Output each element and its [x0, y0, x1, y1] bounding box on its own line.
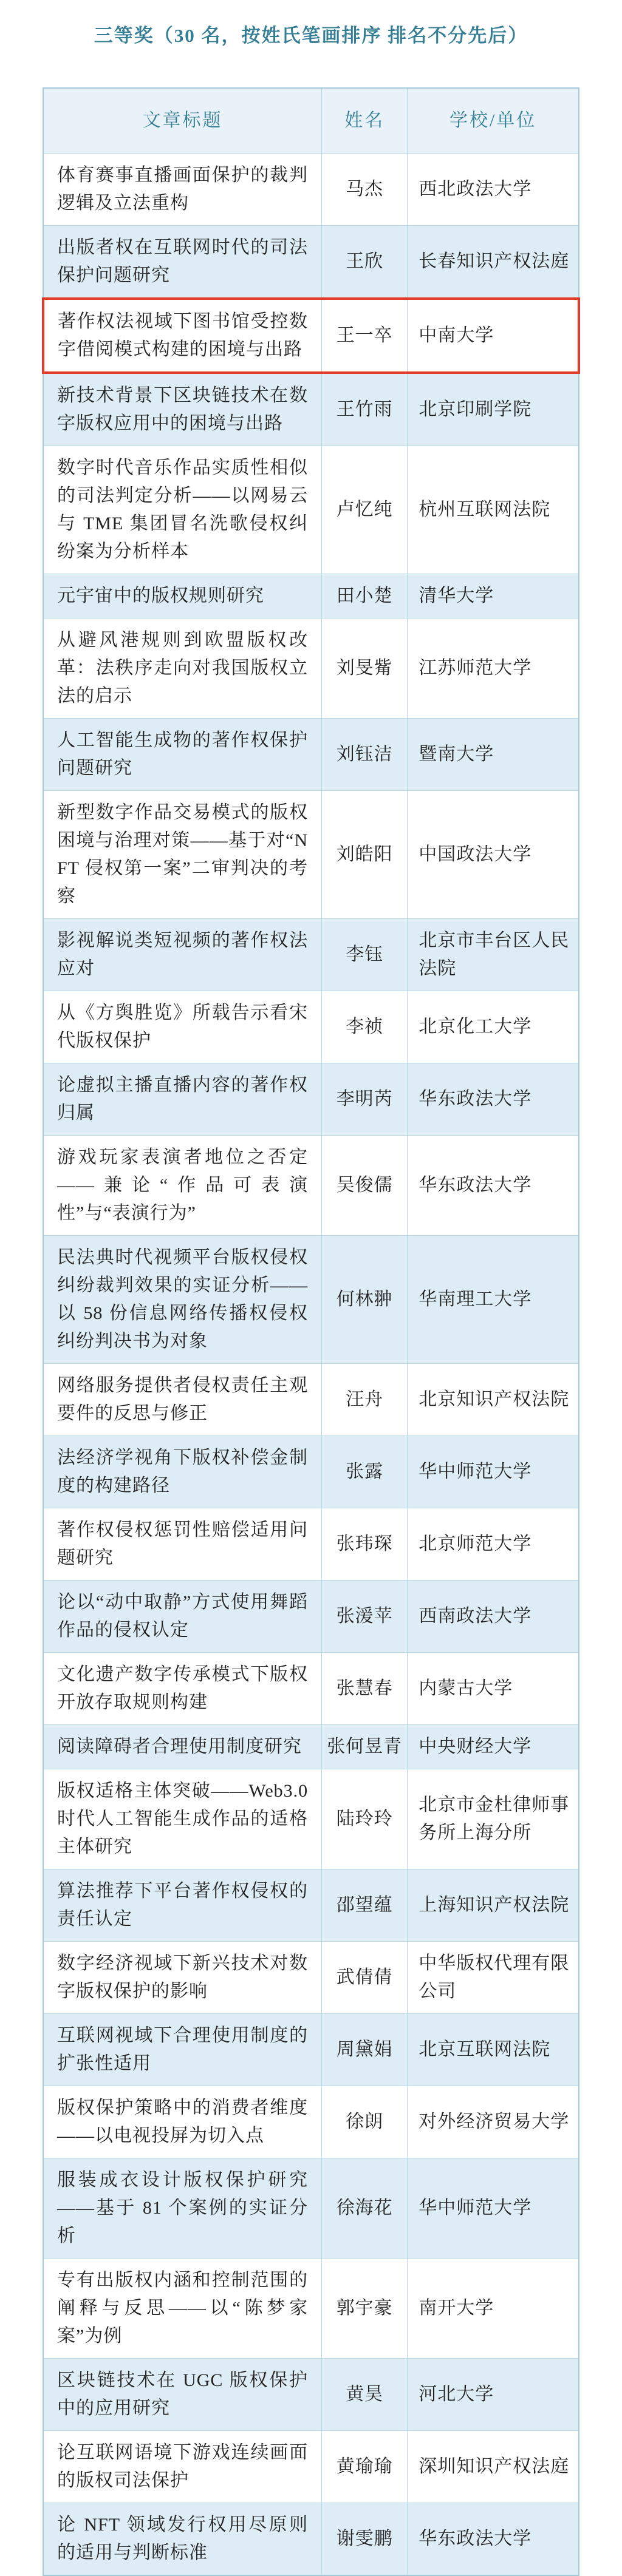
- org-cell: 华中师范大学: [408, 2158, 579, 2259]
- header-row: 文章标题 姓名 学校/单位: [43, 88, 579, 154]
- name-cell: 陆玲玲: [322, 1769, 408, 1869]
- table-row: 元宇宙中的版权规则研究田小楚清华大学: [43, 574, 579, 619]
- page-title: 三等奖（30 名，按姓氏笔画排序 排名不分先后）: [0, 23, 622, 49]
- article-title-cell: 版权适格主体突破——Web3.0 时代人工智能生成作品的适格主体研究: [43, 1769, 322, 1869]
- table-row: 阅读障碍者合理使用制度研究张何昱青中央财经大学: [43, 1725, 579, 1769]
- org-cell: 华中师范大学: [408, 1436, 579, 1508]
- table-row: 游戏玩家表演者地位之否定——兼论“作品可表演性”与“表演行为”吴俊儒华东政法大学: [43, 1136, 579, 1236]
- table-header: 文章标题 姓名 学校/单位: [43, 88, 579, 154]
- name-cell: 汪舟: [322, 1364, 408, 1436]
- table-row-highlighted: 著作权法视域下图书馆受控数字借阅模式构建的困境与出路王一卒中南大学: [43, 299, 579, 373]
- table-row: 新技术背景下区块链技术在数字版权应用中的困境与出路王竹雨北京印刷学院: [43, 373, 579, 446]
- table-row: 数字经济视域下新兴技术对数字版权保护的影响武倩倩中华版权代理有限公司: [43, 1942, 579, 2014]
- article-title-cell: 著作权法视域下图书馆受控数字借阅模式构建的困境与出路: [43, 299, 322, 373]
- awards-table: 文章标题 姓名 学校/单位 体育赛事直播画面保护的裁判逻辑及立法重构马杰西北政法…: [42, 87, 580, 2576]
- name-cell: 黄昊: [322, 2359, 408, 2431]
- org-cell: 北京知识产权法院: [408, 1364, 579, 1436]
- article-title-cell: 论以“动中取静”方式使用舞蹈作品的侵权认定: [43, 1581, 322, 1653]
- name-cell: 何林翀: [322, 1236, 408, 1364]
- page: 三等奖（30 名，按姓氏笔画排序 排名不分先后） 文章标题 姓名 学校/单位 体…: [0, 0, 622, 2576]
- org-cell: 北京印刷学院: [408, 373, 579, 446]
- article-title-cell: 新型数字作品交易模式的版权困境与治理对策——基于对“NFT 侵权第一案”二审判决…: [43, 791, 322, 919]
- table-row: 新型数字作品交易模式的版权困境与治理对策——基于对“NFT 侵权第一案”二审判决…: [43, 791, 579, 919]
- name-cell: 张湲苹: [322, 1581, 408, 1653]
- org-cell: 华东政法大学: [408, 2503, 579, 2576]
- org-cell: 西南政法大学: [408, 1581, 579, 1653]
- name-cell: 张慧春: [322, 1653, 408, 1725]
- name-cell: 刘旻觜: [322, 619, 408, 719]
- article-title-cell: 数字时代音乐作品实质性相似的司法判定分析——以网易云与 TME 集团冒名洗歌侵权…: [43, 446, 322, 574]
- name-cell: 郭宇豪: [322, 2259, 408, 2359]
- org-cell: 南开大学: [408, 2259, 579, 2359]
- table-row: 出版者权在互联网时代的司法保护问题研究王欣长春知识产权法庭: [43, 226, 579, 299]
- article-title-cell: 版权保护策略中的消费者维度——以电视投屏为切入点: [43, 2086, 322, 2158]
- table-row: 从避风港规则到欧盟版权改革：法秩序走向对我国版权立法的启示刘旻觜江苏师范大学: [43, 619, 579, 719]
- name-cell: 李钰: [322, 919, 408, 991]
- org-cell: 中央财经大学: [408, 1725, 579, 1769]
- org-cell: 杭州互联网法院: [408, 446, 579, 574]
- article-title-cell: 论互联网语境下游戏连续画面的版权司法保护: [43, 2431, 322, 2503]
- table-row: 网络服务提供者侵权责任主观要件的反思与修正汪舟北京知识产权法院: [43, 1364, 579, 1436]
- article-title-cell: 法经济学视角下版权补偿金制度的构建路径: [43, 1436, 322, 1508]
- table-row: 服装成衣设计版权保护研究——基于 81 个案例的实证分析徐海花华中师范大学: [43, 2158, 579, 2259]
- table-row: 互联网视域下合理使用制度的扩张性适用周黛娟北京互联网法院: [43, 2014, 579, 2086]
- article-title-cell: 人工智能生成物的著作权保护问题研究: [43, 719, 322, 791]
- name-cell: 谢雯鹏: [322, 2503, 408, 2576]
- col-header-article-title: 文章标题: [43, 88, 322, 154]
- col-header-name: 姓名: [322, 88, 408, 154]
- table-row: 民法典时代视频平台版权侵权纠纷裁判效果的实证分析——以 58 份信息网络传播权侵…: [43, 1236, 579, 1364]
- name-cell: 徐朗: [322, 2086, 408, 2158]
- table-row: 版权保护策略中的消费者维度——以电视投屏为切入点徐朗对外经济贸易大学: [43, 2086, 579, 2158]
- org-cell: 长春知识产权法庭: [408, 226, 579, 299]
- table-row: 论互联网语境下游戏连续画面的版权司法保护黄瑜瑜深圳知识产权法庭: [43, 2431, 579, 2503]
- org-cell: 中国政法大学: [408, 791, 579, 919]
- table-row: 人工智能生成物的著作权保护问题研究刘钰洁暨南大学: [43, 719, 579, 791]
- org-cell: 北京市金杜律师事务所上海分所: [408, 1769, 579, 1869]
- article-title-cell: 从《方舆胜览》所载告示看宋代版权保护: [43, 991, 322, 1063]
- table-row: 体育赛事直播画面保护的裁判逻辑及立法重构马杰西北政法大学: [43, 154, 579, 226]
- table-body: 体育赛事直播画面保护的裁判逻辑及立法重构马杰西北政法大学出版者权在互联网时代的司…: [43, 154, 579, 2576]
- table-row: 区块链技术在 UGC 版权保护中的应用研究黄昊河北大学: [43, 2359, 579, 2431]
- org-cell: 中南大学: [408, 299, 579, 373]
- org-cell: 中华版权代理有限公司: [408, 1942, 579, 2014]
- article-title-cell: 论虚拟主播直播内容的著作权归属: [43, 1063, 322, 1136]
- org-cell: 清华大学: [408, 574, 579, 619]
- article-title-cell: 区块链技术在 UGC 版权保护中的应用研究: [43, 2359, 322, 2431]
- article-title-cell: 游戏玩家表演者地位之否定——兼论“作品可表演性”与“表演行为”: [43, 1136, 322, 1236]
- org-cell: 华东政法大学: [408, 1063, 579, 1136]
- org-cell: 北京互联网法院: [408, 2014, 579, 2086]
- org-cell: 上海知识产权法院: [408, 1869, 579, 1942]
- article-title-cell: 出版者权在互联网时代的司法保护问题研究: [43, 226, 322, 299]
- name-cell: 张玮琛: [322, 1508, 408, 1581]
- article-title-cell: 专有出版权内涵和控制范围的阐释与反思——以“陈梦家案”为例: [43, 2259, 322, 2359]
- org-cell: 华东政法大学: [408, 1136, 579, 1236]
- article-title-cell: 民法典时代视频平台版权侵权纠纷裁判效果的实证分析——以 58 份信息网络传播权侵…: [43, 1236, 322, 1364]
- article-title-cell: 影视解说类短视频的著作权法应对: [43, 919, 322, 991]
- org-cell: 河北大学: [408, 2359, 579, 2431]
- name-cell: 武倩倩: [322, 1942, 408, 2014]
- name-cell: 张露: [322, 1436, 408, 1508]
- org-cell: 对外经济贸易大学: [408, 2086, 579, 2158]
- col-header-org: 学校/单位: [408, 88, 579, 154]
- article-title-cell: 阅读障碍者合理使用制度研究: [43, 1725, 322, 1769]
- name-cell: 邵望蕴: [322, 1869, 408, 1942]
- table-row: 论以“动中取静”方式使用舞蹈作品的侵权认定张湲苹西南政法大学: [43, 1581, 579, 1653]
- table-row: 著作权侵权惩罚性赔偿适用问题研究张玮琛北京师范大学: [43, 1508, 579, 1581]
- table-row: 文化遗产数字传承模式下版权开放存取规则构建张慧春内蒙古大学: [43, 1653, 579, 1725]
- article-title-cell: 体育赛事直播画面保护的裁判逻辑及立法重构: [43, 154, 322, 226]
- name-cell: 王欣: [322, 226, 408, 299]
- org-cell: 深圳知识产权法庭: [408, 2431, 579, 2503]
- table-row: 论虚拟主播直播内容的著作权归属李明芮华东政法大学: [43, 1063, 579, 1136]
- table-row: 专有出版权内涵和控制范围的阐释与反思——以“陈梦家案”为例郭宇豪南开大学: [43, 2259, 579, 2359]
- table-row: 影视解说类短视频的著作权法应对李钰北京市丰台区人民法院: [43, 919, 579, 991]
- article-title-cell: 数字经济视域下新兴技术对数字版权保护的影响: [43, 1942, 322, 2014]
- article-title-cell: 文化遗产数字传承模式下版权开放存取规则构建: [43, 1653, 322, 1725]
- name-cell: 周黛娟: [322, 2014, 408, 2086]
- name-cell: 徐海花: [322, 2158, 408, 2259]
- org-cell: 北京市丰台区人民法院: [408, 919, 579, 991]
- article-title-cell: 算法推荐下平台著作权侵权的责任认定: [43, 1869, 322, 1942]
- table-row: 版权适格主体突破——Web3.0 时代人工智能生成作品的适格主体研究陆玲玲北京市…: [43, 1769, 579, 1869]
- org-cell: 华南理工大学: [408, 1236, 579, 1364]
- org-cell: 北京化工大学: [408, 991, 579, 1063]
- name-cell: 李明芮: [322, 1063, 408, 1136]
- name-cell: 卢忆纯: [322, 446, 408, 574]
- article-title-cell: 互联网视域下合理使用制度的扩张性适用: [43, 2014, 322, 2086]
- name-cell: 吴俊儒: [322, 1136, 408, 1236]
- table-row: 法经济学视角下版权补偿金制度的构建路径张露华中师范大学: [43, 1436, 579, 1508]
- name-cell: 张何昱青: [322, 1725, 408, 1769]
- article-title-cell: 服装成衣设计版权保护研究——基于 81 个案例的实证分析: [43, 2158, 322, 2259]
- article-title-cell: 网络服务提供者侵权责任主观要件的反思与修正: [43, 1364, 322, 1436]
- article-title-cell: 元宇宙中的版权规则研究: [43, 574, 322, 619]
- article-title-cell: 新技术背景下区块链技术在数字版权应用中的困境与出路: [43, 373, 322, 446]
- name-cell: 黄瑜瑜: [322, 2431, 408, 2503]
- table-row: 论 NFT 领域发行权用尽原则的适用与判断标准谢雯鹏华东政法大学: [43, 2503, 579, 2576]
- table-row: 算法推荐下平台著作权侵权的责任认定邵望蕴上海知识产权法院: [43, 1869, 579, 1942]
- name-cell: 李祯: [322, 991, 408, 1063]
- table-row: 从《方舆胜览》所载告示看宋代版权保护李祯北京化工大学: [43, 991, 579, 1063]
- org-cell: 江苏师范大学: [408, 619, 579, 719]
- org-cell: 内蒙古大学: [408, 1653, 579, 1725]
- org-cell: 北京师范大学: [408, 1508, 579, 1581]
- name-cell: 王竹雨: [322, 373, 408, 446]
- name-cell: 刘皓阳: [322, 791, 408, 919]
- table-row: 数字时代音乐作品实质性相似的司法判定分析——以网易云与 TME 集团冒名洗歌侵权…: [43, 446, 579, 574]
- article-title-cell: 论 NFT 领域发行权用尽原则的适用与判断标准: [43, 2503, 322, 2576]
- name-cell: 田小楚: [322, 574, 408, 619]
- name-cell: 刘钰洁: [322, 719, 408, 791]
- org-cell: 暨南大学: [408, 719, 579, 791]
- name-cell: 马杰: [322, 154, 408, 226]
- org-cell: 西北政法大学: [408, 154, 579, 226]
- name-cell: 王一卒: [322, 299, 408, 373]
- article-title-cell: 从避风港规则到欧盟版权改革：法秩序走向对我国版权立法的启示: [43, 619, 322, 719]
- article-title-cell: 著作权侵权惩罚性赔偿适用问题研究: [43, 1508, 322, 1581]
